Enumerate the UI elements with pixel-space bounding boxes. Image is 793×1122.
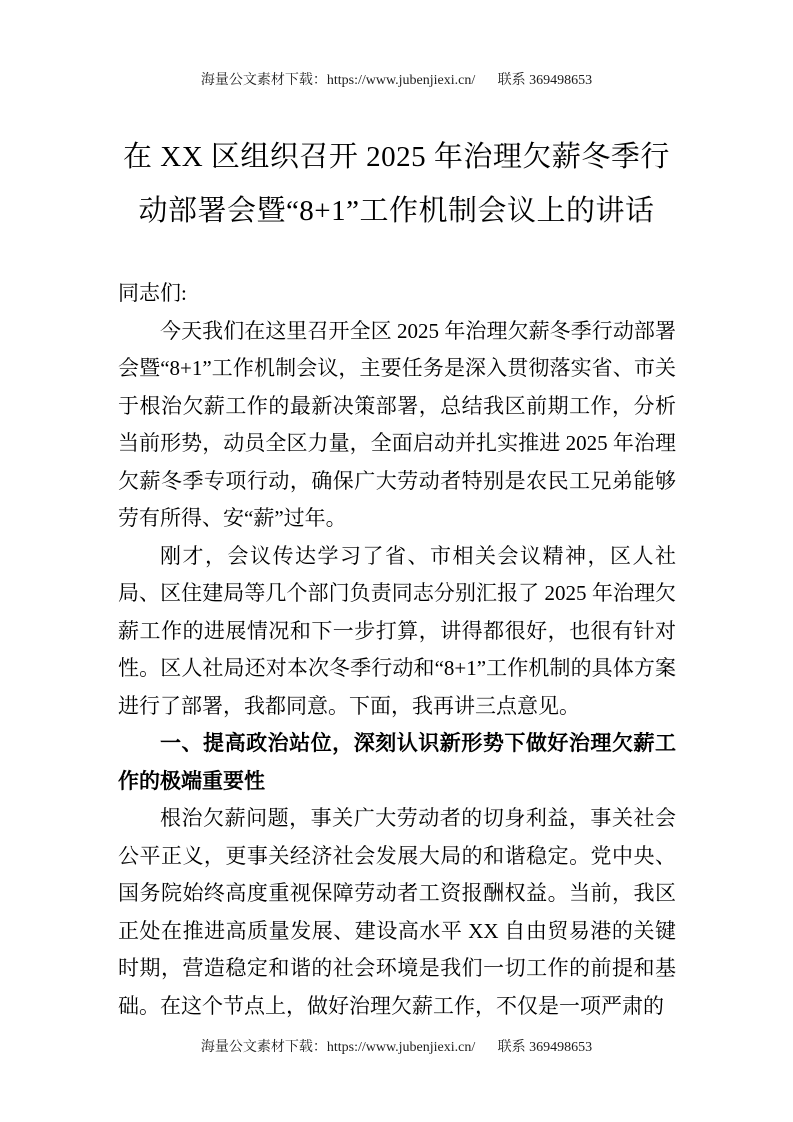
document-page: 海量公文素材下载：https://www.jubenjiexi.cn/联系 36… (0, 0, 793, 1122)
header-url: https://www.jubenjiexi.cn/ (327, 73, 475, 88)
document-body: 同志们: 今天我们在这里召开全区 2025 年治理欠薪冬季行动部署会暨“8+1”… (118, 275, 676, 1025)
section-heading-1: 一、提高政治站位，深刻认识新形势下做好治理欠薪工作的极端重要性 (118, 725, 676, 800)
header-contact: 联系 369498653 (498, 73, 593, 88)
page-header: 海量公文素材下载：https://www.jubenjiexi.cn/联系 36… (0, 69, 793, 89)
footer-url: https://www.jubenjiexi.cn/ (327, 1040, 475, 1055)
paragraph-report: 刚才，会议传达学习了省、市相关会议精神，区人社局、区住建局等几个部门负责同志分别… (118, 538, 676, 726)
paragraph-intro: 今天我们在这里召开全区 2025 年治理欠薪冬季行动部署会暨“8+1”工作机制会… (118, 313, 676, 538)
paragraph-importance: 根治欠薪问题，事关广大劳动者的切身利益，事关社会公平正义，更事关经济社会发展大局… (118, 800, 676, 1025)
page-footer: 海量公文素材下载：https://www.jubenjiexi.cn/联系 36… (0, 1036, 793, 1056)
salutation: 同志们: (118, 275, 676, 313)
title-line-1: 在 XX 区组织召开 2025 年治理欠薪冬季行 (117, 130, 676, 184)
footer-download-label: 海量公文素材下载： (201, 1040, 327, 1055)
title-line-2: 动部署会暨“8+1”工作机制会议上的讲话 (117, 184, 676, 238)
header-download-label: 海量公文素材下载： (201, 73, 327, 88)
footer-contact: 联系 369498653 (498, 1040, 593, 1055)
document-title: 在 XX 区组织召开 2025 年治理欠薪冬季行 动部署会暨“8+1”工作机制会… (117, 130, 676, 238)
